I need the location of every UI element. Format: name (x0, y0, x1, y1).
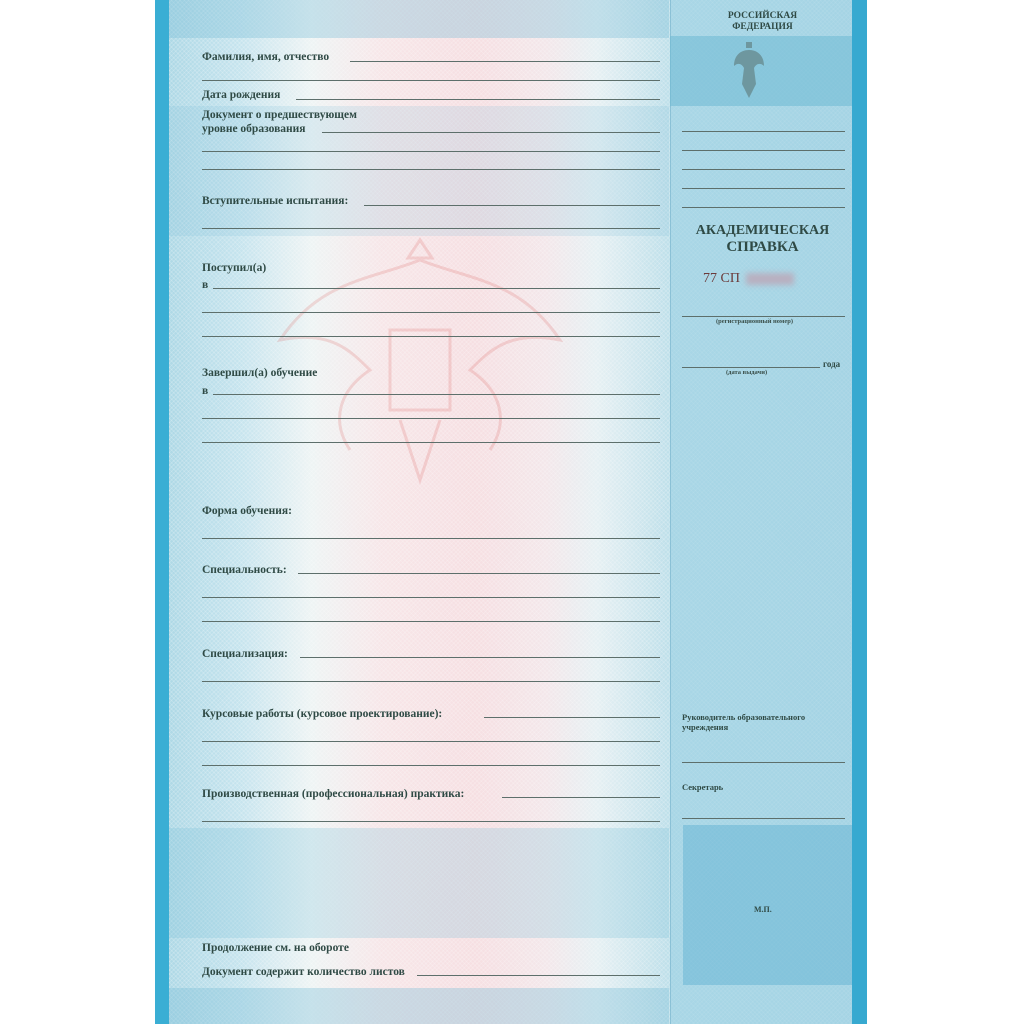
prev-doc-line[interactable] (322, 132, 660, 133)
coursework-label: Курсовые работы (курсовое проектирование… (202, 708, 442, 720)
finished-line-3[interactable] (202, 442, 660, 443)
sheet-count-line[interactable] (417, 975, 660, 976)
enrolled-line-3[interactable] (202, 336, 660, 337)
prev-doc-line-3[interactable] (202, 169, 660, 170)
specialty-label: Специальность: (202, 564, 287, 576)
study-form-label: Форма обучения: (202, 505, 292, 517)
line (682, 188, 845, 189)
practice-line-2[interactable] (202, 821, 660, 822)
prev-doc-line-2[interactable] (202, 151, 660, 152)
head-label-line1: Руководитель образовательного (682, 712, 805, 722)
enrolled-line-2[interactable] (202, 312, 660, 313)
practice-line[interactable] (502, 797, 660, 798)
country-line1: РОССИЙСКАЯ (690, 11, 835, 22)
continued-note: Продолжение см. на обороте (202, 942, 349, 954)
year-suffix: года (823, 359, 840, 369)
decorative-band (169, 988, 669, 1024)
head-label: Руководитель образовательного учреждения (682, 712, 805, 732)
specialty-line[interactable] (298, 573, 660, 574)
country-name: РОССИЙСКАЯ ФЕДЕРАЦИЯ (690, 11, 835, 33)
enrolled-label: Поступил(а) (202, 262, 266, 274)
reg-number-line (682, 316, 845, 317)
specialization-label: Специализация: (202, 648, 288, 660)
decorative-band (169, 828, 669, 938)
reg-number-caption: (регистрационный номер) (716, 318, 793, 325)
prev-doc-line1: Документ о предшествующем (202, 108, 357, 122)
left-edge-stripe (155, 0, 169, 1024)
date-line (682, 367, 820, 368)
study-form-line[interactable] (202, 538, 660, 539)
coursework-line-2[interactable] (202, 741, 660, 742)
serial-series: 77 СП (703, 271, 740, 286)
specialization-line[interactable] (300, 657, 660, 658)
coursework-line-3[interactable] (202, 765, 660, 766)
entrance-exams-label: Вступительные испытания: (202, 195, 348, 207)
secretary-signature-line (682, 818, 845, 819)
birth-date-label: Дата рождения (202, 89, 280, 101)
double-headed-eagle-icon (732, 40, 766, 102)
enrolled-in-label: в (202, 279, 208, 291)
specialty-line-3[interactable] (202, 621, 660, 622)
specialty-line-2[interactable] (202, 597, 660, 598)
enrolled-line[interactable] (213, 288, 660, 289)
secretary-label: Секретарь (682, 782, 723, 792)
title-line1: АКАДЕМИЧЕСКАЯ (680, 222, 845, 239)
finished-line-2[interactable] (202, 418, 660, 419)
seal-label: М.П. (754, 905, 772, 914)
document-title: АКАДЕМИЧЕСКАЯ СПРАВКА (680, 222, 845, 256)
country-line2: ФЕДЕРАЦИЯ (690, 22, 835, 33)
finished-in-label: в (202, 385, 208, 397)
finished-line[interactable] (213, 394, 660, 395)
sheet-count-label: Документ содержит количество листов (202, 966, 405, 978)
head-label-line2: учреждения (682, 722, 805, 732)
practice-label: Производственная (профессиональная) прак… (202, 788, 464, 800)
specialization-line-2[interactable] (202, 681, 660, 682)
prev-doc-line2: уровне образования (202, 122, 357, 136)
birth-date-line[interactable] (296, 99, 660, 100)
line (682, 150, 845, 151)
full-name-line-2[interactable] (202, 80, 660, 81)
line (682, 131, 845, 132)
entrance-exams-line[interactable] (364, 205, 660, 206)
full-name-line[interactable] (350, 61, 660, 62)
entrance-exams-line-2[interactable] (202, 228, 660, 229)
full-name-label: Фамилия, имя, отчество (202, 51, 329, 63)
serial-number: 77 СП (703, 271, 794, 287)
line (682, 169, 845, 170)
date-caption: (дата выдачи) (726, 369, 767, 376)
redacted-number (746, 273, 794, 285)
line (682, 207, 845, 208)
coursework-line[interactable] (484, 717, 660, 718)
decorative-band (169, 0, 669, 38)
head-signature-line (682, 762, 845, 763)
title-line2: СПРАВКА (680, 239, 845, 256)
right-edge-stripe (852, 0, 867, 1024)
finished-label: Завершил(а) обучение (202, 367, 317, 379)
